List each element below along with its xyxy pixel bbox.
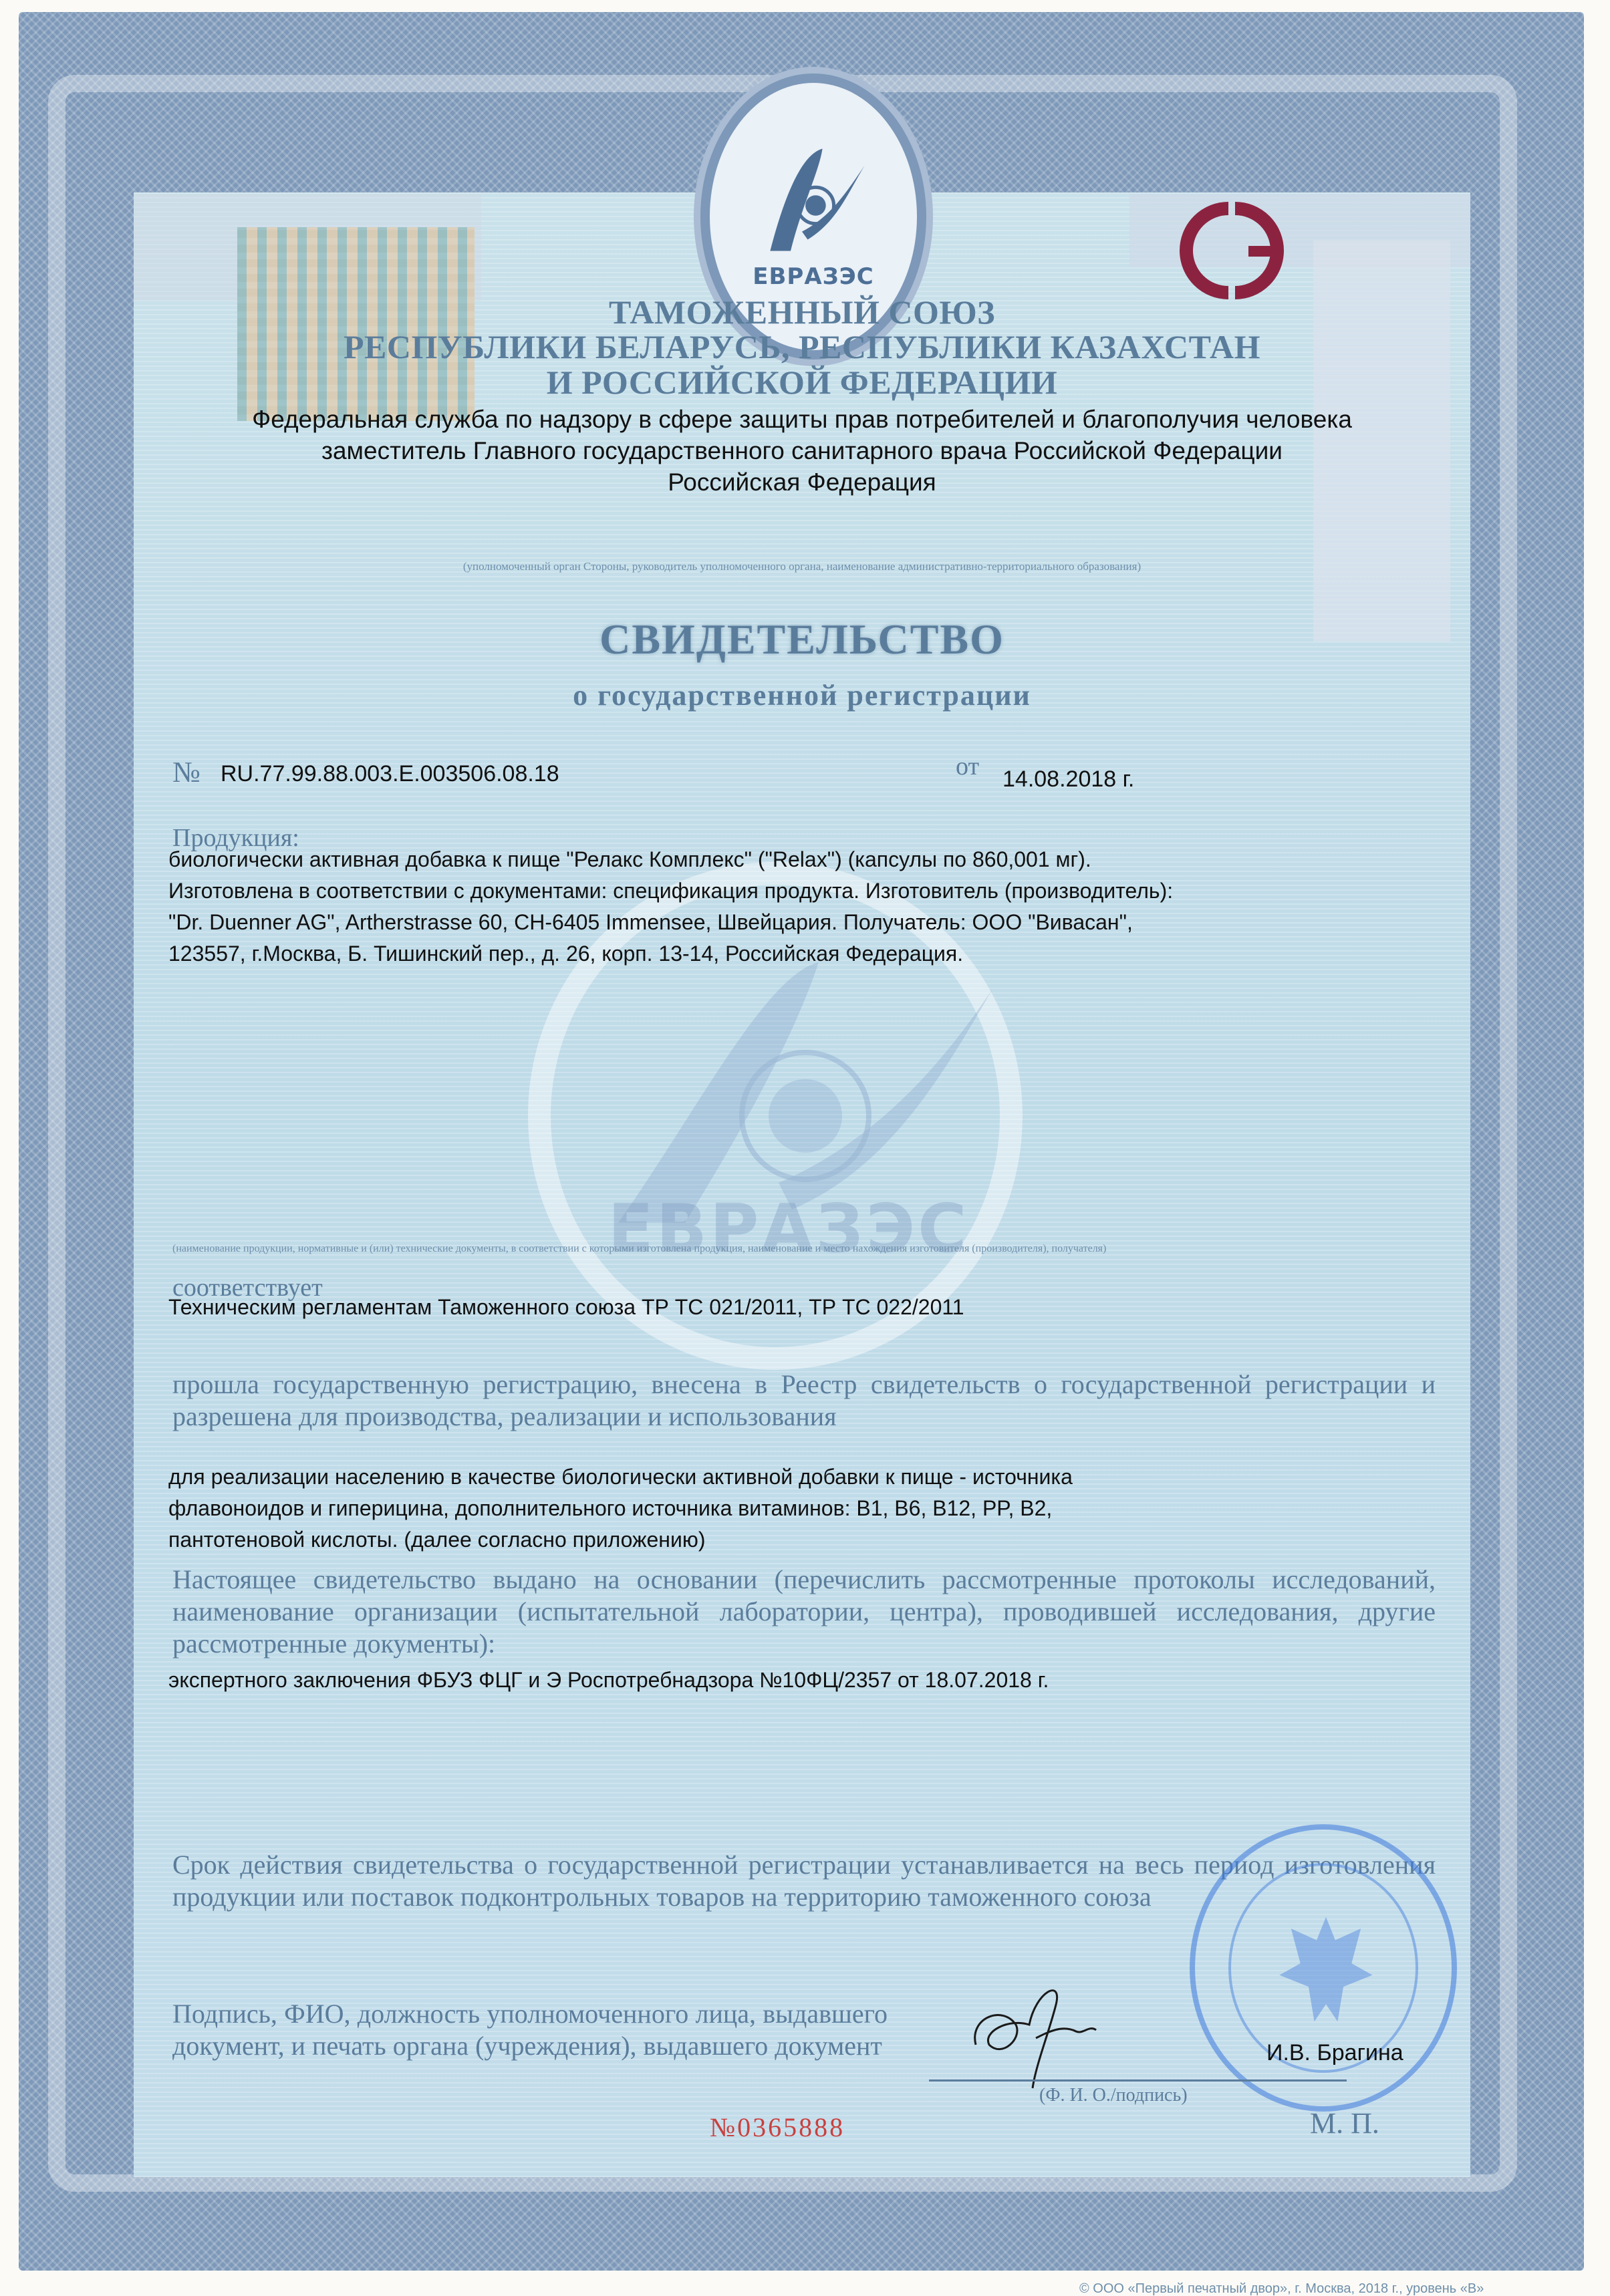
- form-serial-number: №0365888: [710, 2112, 845, 2143]
- authority-line-3: Российская Федерация: [134, 467, 1470, 498]
- union-line-3: И РОССИЙСКОЙ ФЕДЕРАЦИИ: [134, 363, 1470, 402]
- authority-line-2: заместитель Главного государственного са…: [134, 436, 1470, 466]
- document-subtitle: о государственной регистрации: [134, 678, 1470, 712]
- product-line-1: биологически активная добавка к пище "Ре…: [168, 843, 1091, 875]
- document-title: СВИДЕТЕЛЬСТВО: [134, 615, 1470, 664]
- product-line-3: "Dr. Duenner AG", Artherstrasse 60, CH-6…: [168, 906, 1133, 938]
- handwritten-signature-icon: [962, 1978, 1136, 2092]
- union-line-1: ТАМОЖЕННЫЙ СОЮЗ: [134, 293, 1470, 331]
- eurasec-emblem-icon: [757, 143, 870, 257]
- signature-line: [929, 2079, 1347, 2082]
- se-conformity-mark-icon: [1148, 194, 1315, 307]
- registration-number: RU.77.99.88.003.Е.003506.08.18: [221, 758, 559, 790]
- usage-line-1: для реализации населению в качестве биол…: [168, 1461, 1073, 1493]
- product-line-2: Изготовлена в соответствии с документами…: [168, 875, 1173, 907]
- registration-statement: прошла государственную регистрацию, внес…: [172, 1369, 1436, 1433]
- basis-statement: Настоящее свидетельство выдано на основа…: [172, 1564, 1436, 1660]
- product-caption: (наименование продукции, нормативные и (…: [172, 1243, 1106, 1255]
- registration-date-label: от: [956, 752, 979, 781]
- product-line-4: 123557, г.Москва, Б. Тишинский пер., д. …: [168, 938, 963, 970]
- usage-line-2: флавоноидов и гиперицина, дополнительног…: [168, 1492, 1052, 1524]
- authority-line-1: Федеральная служба по надзору в сфере за…: [134, 404, 1470, 435]
- signature-block-label: Подпись, ФИО, должность уполномоченного …: [172, 1998, 888, 2062]
- double-headed-eagle-icon: [1268, 1902, 1384, 2036]
- emblem-name: ЕВРАЗЭС: [753, 263, 874, 290]
- registration-date: 14.08.2018 г.: [1002, 763, 1134, 795]
- union-line-2: РЕСПУБЛИКИ БЕЛАРУСЬ, РЕСПУБЛИКИ КАЗАХСТА…: [134, 327, 1470, 366]
- stamp-place-label: М. П.: [1310, 2106, 1379, 2140]
- authority-caption: (уполномоченный орган Стороны, руководит…: [134, 560, 1470, 573]
- usage-line-3: пантотеновой кислоты. (далее согласно пр…: [168, 1524, 706, 1556]
- basis-value: экспертного заключения ФБУЗ ФЦГ и Э Росп…: [168, 1664, 1049, 1696]
- signer-name: И.В. Брагина: [1266, 2037, 1403, 2069]
- printer-imprint: © ООО «Первый печатный двор», г. Москва,…: [1079, 2281, 1484, 2296]
- conformity-text: Техническим регламентам Таможенного союз…: [168, 1291, 964, 1323]
- signer-caption: (Ф. И. О./подпись): [1039, 2085, 1188, 2106]
- watermark-text: ЕВРАЗЭС: [588, 1189, 989, 1268]
- registration-number-label: №: [172, 755, 200, 789]
